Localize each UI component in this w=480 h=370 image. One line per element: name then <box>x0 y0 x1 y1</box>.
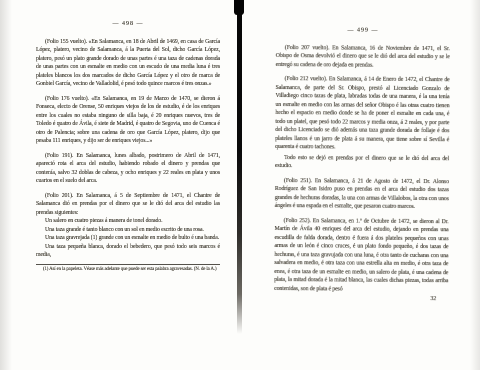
right-page-number: — 499 — <box>276 26 450 36</box>
paragraph-folio-252: (Folio 252). En Salamanca, en 1.º de Oct… <box>274 216 449 294</box>
scan-left-edge-shadow <box>0 0 12 370</box>
list-item-taza-grande: Una taza grande é tanto blanco con un so… <box>36 226 220 235</box>
right-page: — 499 — (Folio 207 vuelto). En Salamanca… <box>274 26 450 304</box>
list-item-taza-gravrejada: Una taza gravrejada (1) grande con un es… <box>36 234 220 243</box>
paragraph-folio-251: (Folio 251). En Salamanca, á 21 de Agost… <box>275 176 449 211</box>
paragraph-folio-191: (Folio 191). En Salamanca, lunes albado,… <box>36 152 220 186</box>
signature-mark: 32 <box>274 294 448 304</box>
book-spine-top-mark <box>234 0 244 15</box>
paragraph-folio-207: (Folio 207 vuelto). En Salamanca, 16 de … <box>276 43 450 70</box>
paragraph-folio-155: (Folio 155 vuelto). «En Salamanca, en 18… <box>36 38 220 89</box>
footnote-text: (1) Así en la papeleta. Véase más adelan… <box>36 267 220 273</box>
paragraph-folio-201: (Folio 201). En Salamanca, á 5 de Septie… <box>36 192 220 218</box>
footnote-divider <box>36 264 220 265</box>
left-page: — 498 — (Folio 155 vuelto). «En Salamanc… <box>36 20 220 273</box>
list-item-salero: Un salero en cuatro piezas á manera de t… <box>36 217 220 226</box>
scanned-book-spread: — 498 — (Folio 155 vuelto). «En Salamanc… <box>0 0 480 370</box>
left-page-number: — 498 — <box>36 20 220 29</box>
list-item-taza-pequena: Una taza pequeña blanca, dorado el bebed… <box>36 243 220 260</box>
paragraph-todo-esto: Todo esto se dejó en prendas por el dine… <box>275 153 449 171</box>
book-spine-shadow <box>237 0 242 334</box>
scan-right-edge-shadow <box>470 0 480 370</box>
paragraph-folio-176: (Folio 176 vuelto). «En Salamanca, en 19… <box>36 95 220 146</box>
paragraph-folio-212: (Folio 212 vuelto). En Salamanca, á 14 d… <box>275 75 450 153</box>
